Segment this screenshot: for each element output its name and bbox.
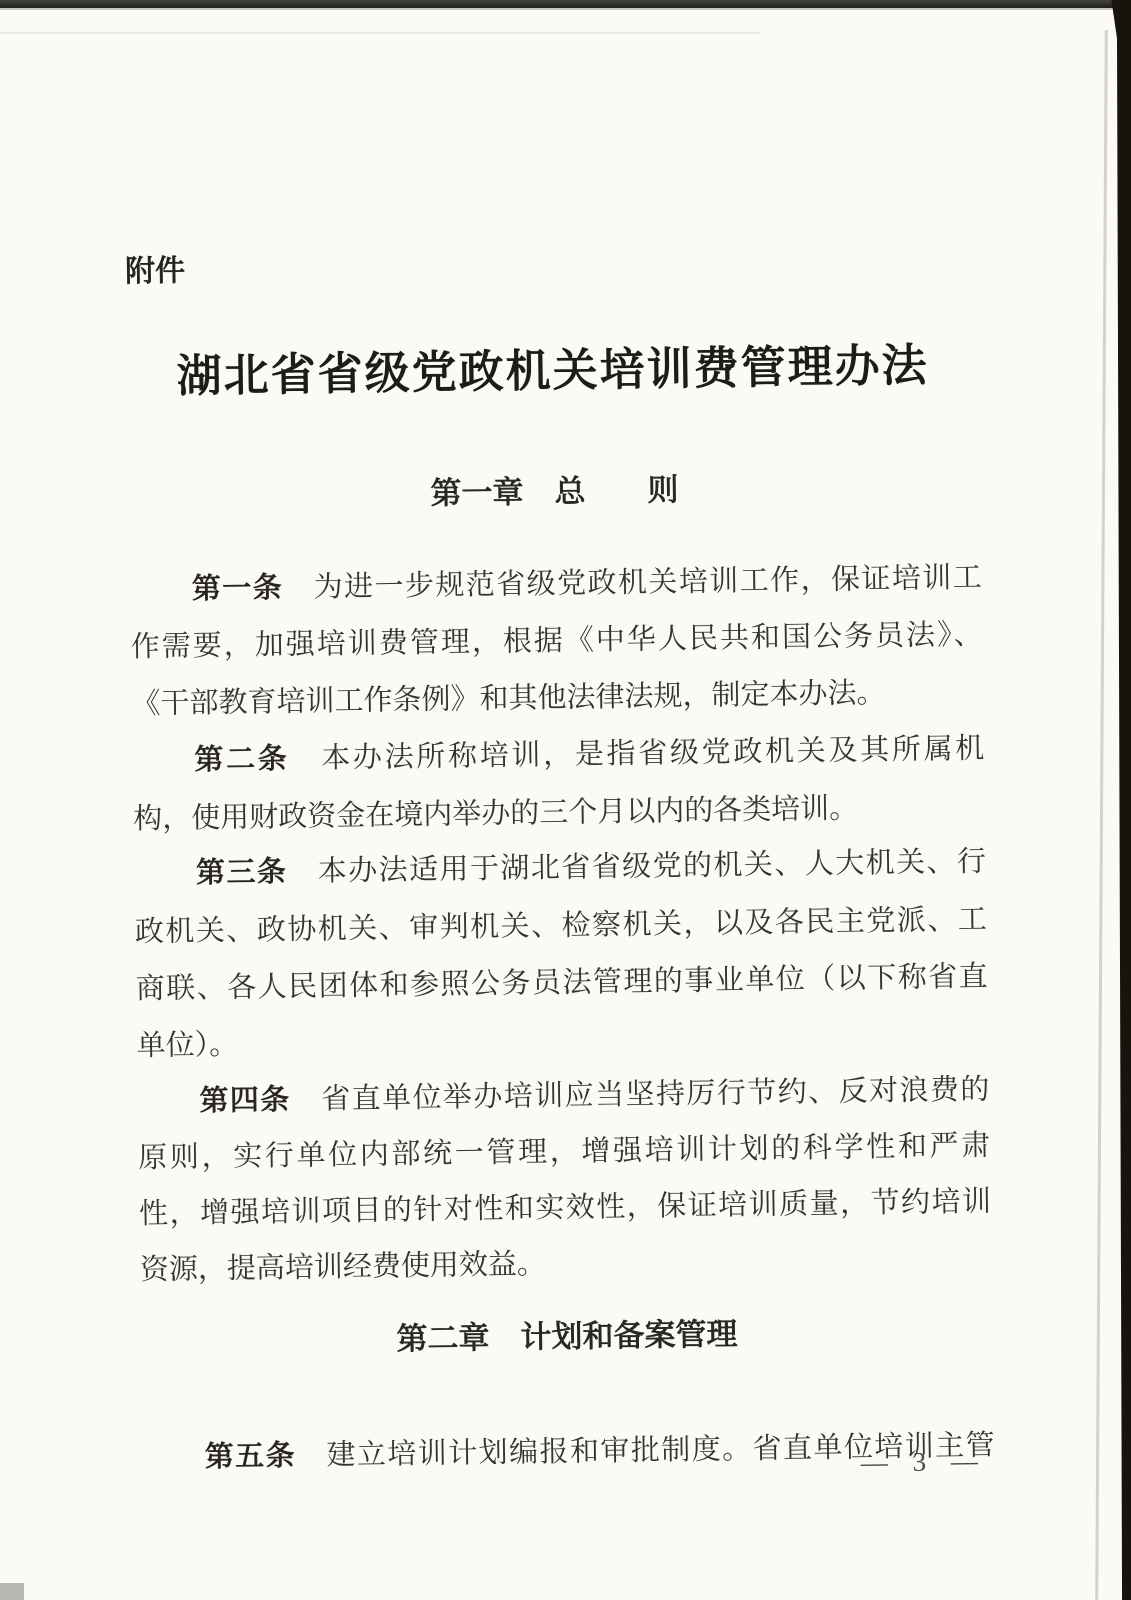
text-line: 商联、各人民团体和参照公务员法管理的事业单位（以下称省直: [135, 954, 988, 1013]
paper-right-edge-line: [1095, 30, 1108, 1600]
chapter-1-heading: 第一章 总 则: [128, 460, 981, 518]
text-line-body: 省直单位举办培训应当坚持厉行节约、反对浪费的: [291, 1074, 990, 1116]
text-line-body: 《干部教育培训工作条例》和其他法律法规，制定本办法。: [131, 677, 885, 720]
text-line: 《干部教育培训工作条例》和其他法律法规，制定本办法。: [131, 669, 984, 728]
text-line: 作需要，加强培训费管理，根据《中华人民共和国公务员法》、: [130, 612, 983, 671]
text-line: 第二条 本办法所称培训，是指省级党政机关及其所属机: [132, 726, 985, 785]
attachment-label: 附件: [125, 245, 186, 290]
text-line-body: 资源，提高培训经费使用效益。: [140, 1248, 546, 1286]
chapter-2-heading: 第二章 计划和备案管理: [141, 1305, 994, 1363]
text-line-body: 作需要，加强培训费管理，根据《中华人民共和国公务员法》、: [130, 619, 982, 664]
article-4-label: 第四条: [199, 1084, 291, 1117]
text-line-body: 商联、各人民团体和参照公务员法管理的事业单位（以下称省直: [136, 961, 988, 1006]
article-1-label: 第一条: [192, 572, 284, 605]
text-line: 政机关、政协机关、审判机关、检察机关，以及各民主党派、工: [135, 897, 988, 956]
article-2-label: 第二条: [194, 743, 290, 776]
text-line: 构，使用财政资金在境内举办的三个月以内的各类培训。: [133, 784, 986, 843]
text-line-body: 为进一步规范省级党政机关培训工作，保证培训工: [283, 562, 982, 604]
page-number: — 3 —: [861, 1446, 987, 1479]
text-line: 原则，实行单位内部统一管理，增强培训计划的科学性和严肃: [138, 1123, 991, 1182]
scan-right-edge: [1103, 0, 1131, 1600]
text-line-body: 本办法适用于湖北省省级党的机关、人大机关、行: [287, 846, 986, 888]
text-line-body: 单位）。: [136, 1029, 238, 1063]
page-content: 附件 湖北省省级党政机关培训费管理办法 第一章 总 则 第一条 为进一步规范省级…: [121, 0, 997, 1600]
text-line: 第四条 省直单位举办培训应当坚持厉行节约、反对浪费的: [137, 1067, 990, 1126]
text-line-body: 政机关、政协机关、审判机关、检察机关，以及各民主党派、工: [135, 904, 987, 949]
article-3-label: 第三条: [196, 856, 288, 889]
text-line: 第一条 为进一步规范省级党政机关培训工作，保证培训工: [130, 555, 983, 614]
document-title: 湖北省省级党政机关培训费管理办法: [126, 328, 979, 406]
text-line: 性，增强培训项目的针对性和实效性，保证培训质量，节约培训: [139, 1179, 992, 1238]
text-line-body: 性，增强培训项目的针对性和实效性，保证培训质量，节约培训: [139, 1186, 991, 1231]
text-line-body: 构，使用财政资金在境内举办的三个月以内的各类培训。: [133, 793, 858, 836]
text-line-body: 本办法所称培训，是指省级党政机关及其所属机: [289, 733, 984, 775]
scanned-document-page: 附件 湖北省省级党政机关培训费管理办法 第一章 总 则 第一条 为进一步规范省级…: [0, 0, 1131, 1600]
text-line-body: 原则，实行单位内部统一管理，增强培训计划的科学性和严肃: [138, 1130, 990, 1175]
text-line: 单位）。: [136, 1011, 989, 1070]
text-line: 资源，提高培训经费使用效益。: [140, 1235, 993, 1294]
text-line: 第三条 本办法适用于湖北省省级党的机关、人大机关、行: [134, 839, 987, 898]
article-5-label: 第五条: [204, 1440, 296, 1473]
scan-corner-smudge: [0, 1583, 24, 1600]
